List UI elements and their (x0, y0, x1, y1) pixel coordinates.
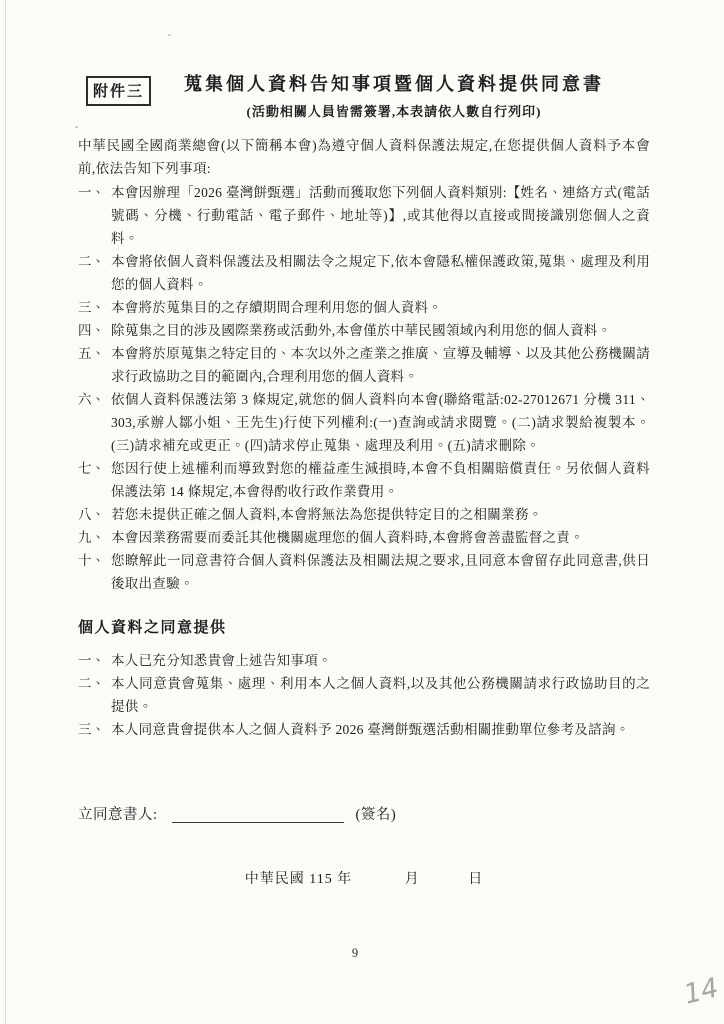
item-number: 九、 (78, 526, 111, 549)
item-text: 您因行使上述權利而導致對您的權益產生減損時,本會不負相關賠償責任。另依個人資料保… (111, 457, 650, 503)
item-number: 七、 (78, 457, 111, 503)
item-number: 一、 (78, 181, 111, 250)
scanned-consent-form-page: 附件三 蒐集個人資料告知事項暨個人資料提供同意書 (活動相關人員皆需簽署,本表請… (0, 0, 724, 1024)
item-text: 本人同意貴會蒐集、處理、利用本人之個人資料,以及其他公務機關請求行政協助目的之提… (111, 672, 650, 718)
notice-item: 七、 您因行使上述權利而導致對您的權益產生減損時,本會不負相關賠償責任。另依個人… (78, 457, 650, 503)
notice-item: 三、 本會將於蒐集目的之存續期間合理利用您的個人資料。 (78, 296, 650, 319)
item-number: 二、 (78, 250, 111, 296)
notice-item: 九、 本會因業務需要而委託其他機關處理您的個人資料時,本會將會善盡監督之責。 (78, 526, 650, 549)
form-header: 附件三 蒐集個人資料告知事項暨個人資料提供同意書 (活動相關人員皆需簽署,本表請… (78, 72, 650, 122)
item-number: 六、 (78, 388, 111, 457)
attachment-label-box: 附件三 (86, 76, 151, 106)
item-text: 本會因辦理「2026 臺灣餅甄選」活動而獲取您下列個人資料類別:【姓名、連絡方式… (111, 181, 650, 250)
signature-row: 立同意書人: (簽名) (78, 803, 650, 824)
item-text: 若您未提供正確之個人資料,本會將無法為您提供特定目的之相關業務。 (111, 503, 650, 526)
consent-item: 三、 本人同意貴會提供本人之個人資料予 2026 臺灣餅甄選活動相關推動單位參考… (78, 718, 650, 741)
item-text: 本會將於蒐集目的之存續期間合理利用您的個人資料。 (111, 296, 650, 319)
notice-items-list: 一、 本會因辦理「2026 臺灣餅甄選」活動而獲取您下列個人資料類別:【姓名、連… (78, 181, 650, 595)
notice-item: 一、 本會因辦理「2026 臺灣餅甄選」活動而獲取您下列個人資料類別:【姓名、連… (78, 181, 650, 250)
item-number: 二、 (78, 672, 111, 718)
consent-items-list: 一、 本人已充分知悉貴會上述告知事項。 二、 本人同意貴會蒐集、處理、利用本人之… (78, 649, 650, 741)
item-number: 八、 (78, 503, 111, 526)
item-number: 三、 (78, 718, 111, 741)
notice-item: 二、 本會將依個人資料保護法及相關法令之規定下,依本會隱私權保護政策,蒐集、處理… (78, 250, 650, 296)
signatory-label: 立同意書人: (78, 803, 158, 824)
title-block: 蒐集個人資料告知事項暨個人資料提供同意書 (活動相關人員皆需簽署,本表請依人數自… (78, 72, 650, 120)
item-text: 您瞭解此一同意書符合個人資料保護法及相關法規之要求,且同意本會留存此同意書,供日… (111, 549, 650, 595)
consent-item: 二、 本人同意貴會蒐集、處理、利用本人之個人資料,以及其他公務機關請求行政協助目… (78, 672, 650, 718)
item-text: 本人同意貴會提供本人之個人資料予 2026 臺灣餅甄選活動相關推動單位參考及諮詢… (111, 718, 650, 741)
month-label: 月 (405, 872, 420, 887)
era-year-label: 中華民國 115 年 (245, 872, 352, 887)
item-text: 除蒐集之目的涉及國際業務或活動外,本會僅於中華民國領域內利用您的個人資料。 (111, 319, 650, 342)
item-number: 五、 (78, 342, 111, 388)
item-text: 本會因業務需要而委託其他機關處理您的個人資料時,本會將會善盡監督之責。 (111, 526, 650, 549)
sign-hint-label: (簽名) (356, 803, 397, 824)
intro-paragraph: 中華民國全國商業總會(以下簡稱本會)為遵守個人資料保護法規定,在您提供個人資料予… (78, 134, 650, 180)
item-text: 本人已充分知悉貴會上述告知事項。 (111, 649, 650, 672)
page-subtitle: (活動相關人員皆需簽署,本表請依人數自行列印) (138, 101, 650, 120)
signature-blank-line (172, 805, 344, 823)
notice-item: 六、 依個人資料保護法第 3 條規定,就您的個人資料向本會(聯絡電話:02-27… (78, 388, 650, 457)
item-text: 本會將於原蒐集之特定目的、本次以外之產業之推廣、宣導及輔導、以及其他公務機關請求… (111, 342, 650, 388)
consent-item: 一、 本人已充分知悉貴會上述告知事項。 (78, 649, 650, 672)
notice-item: 八、 若您未提供正確之個人資料,本會將無法為您提供特定目的之相關業務。 (78, 503, 650, 526)
page-title: 蒐集個人資料告知事項暨個人資料提供同意書 (138, 72, 650, 96)
date-row: 中華民國 115 年 月 日 (78, 868, 650, 888)
item-number: 十、 (78, 549, 111, 595)
item-number: 三、 (78, 296, 111, 319)
item-number: 一、 (78, 649, 111, 672)
notice-item: 五、 本會將於原蒐集之特定目的、本次以外之產業之推廣、宣導及輔導、以及其他公務機… (78, 342, 650, 388)
notice-item: 四、 除蒐集之目的涉及國際業務或活動外,本會僅於中華民國領域內利用您的個人資料。 (78, 319, 650, 342)
day-label: 日 (468, 872, 483, 887)
item-number: 四、 (78, 319, 111, 342)
item-text: 本會將依個人資料保護法及相關法令之規定下,依本會隱私權保護政策,蒐集、處理及利用… (111, 250, 650, 296)
item-text: 依個人資料保護法第 3 條規定,就您的個人資料向本會(聯絡電話:02-27012… (111, 388, 650, 457)
consent-section-heading: 個人資料之同意提供 (78, 616, 650, 637)
notice-item: 十、 您瞭解此一同意書符合個人資料保護法及相關法規之要求,且同意本會留存此同意書… (78, 549, 650, 595)
page-number: 9 (0, 946, 710, 961)
